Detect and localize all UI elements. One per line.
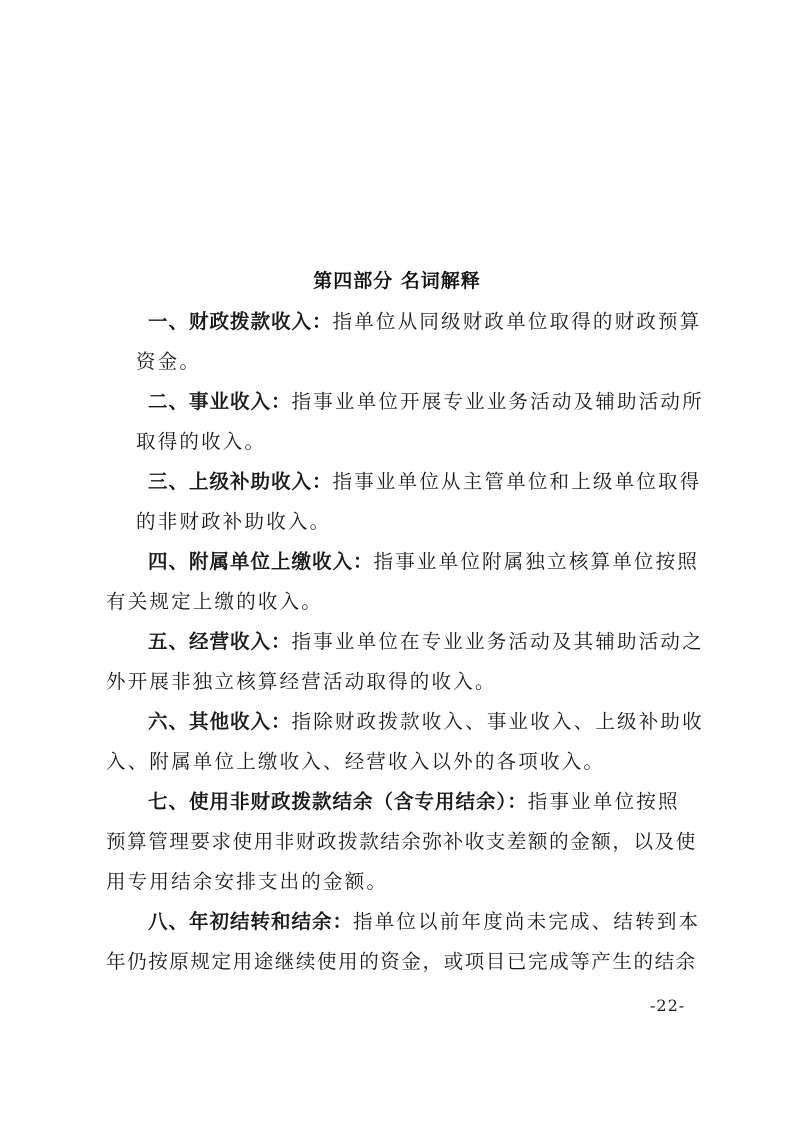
term-5-definition: 指事业单位在专业业务活动及其辅助活动之 — [292, 630, 704, 653]
term-4-line-1: 四、附属单位上缴收入：指事业单位附属独立核算单位按照 — [148, 550, 699, 574]
term-8-line-1: 八、年初结转和结余：指单位以前年度尚未完成、结转到本 — [148, 910, 700, 934]
term-2-line-2: 取得的收入。 — [136, 430, 266, 454]
term-7-line-3: 用专用结余安排支出的金额。 — [106, 870, 388, 894]
term-3-line-1: 三、上级补助收入：指事业单位从主管单位和上级单位取得 — [148, 470, 701, 494]
term-1-line-2: 资金。 — [136, 350, 201, 374]
term-7-label: 七、使用非财政拨款结余（含专用结余）： — [148, 790, 528, 813]
term-2-definition: 指事业单位开展专业业务活动及辅助活动所 — [292, 390, 704, 413]
term-6-label: 六、其他收入： — [148, 710, 292, 733]
term-1-definition: 指单位从同级财政单位取得的财政预算 — [333, 310, 702, 333]
term-6-definition: 指除财政拨款收入、事业收入、上级补助收 — [292, 710, 704, 733]
term-5-line-2: 外开展非独立核算经营活动取得的收入。 — [106, 670, 497, 694]
term-6-line-2: 入、附属单位上缴收入、经营收入以外的各项收入。 — [106, 750, 605, 774]
term-7-definition: 指事业单位按照 — [528, 790, 680, 813]
term-7-line-1: 七、使用非财政拨款结余（含专用结余）：指事业单位按照 — [148, 790, 680, 814]
term-1-label: 一、财政拨款收入： — [148, 310, 333, 333]
term-5-line-1: 五、经营收入：指事业单位在专业业务活动及其辅助活动之 — [148, 630, 704, 654]
term-3-label: 三、上级补助收入： — [148, 470, 333, 493]
term-4-label: 四、附属单位上缴收入： — [148, 550, 374, 573]
term-4-line-2: 有关规定上缴的收入。 — [106, 590, 323, 614]
term-7-line-2: 预算管理要求使用非财政拨款结余弥补收支差额的金额，以及使 — [106, 830, 697, 854]
term-2-line-1: 二、事业收入：指事业单位开展专业业务活动及辅助活动所 — [148, 390, 704, 414]
page-number: -22- — [650, 996, 685, 1015]
term-3-definition: 指事业单位从主管单位和上级单位取得 — [333, 470, 702, 493]
term-8-line-2: 年仍按原规定用途继续使用的资金，或项目已完成等产生的结余 — [106, 950, 697, 974]
term-2-label: 二、事业收入： — [148, 390, 292, 413]
section-title: 第四部分 名词解释 — [0, 266, 794, 293]
term-6-line-1: 六、其他收入：指除财政拨款收入、事业收入、上级补助收 — [148, 710, 704, 734]
term-1-line-1: 一、财政拨款收入：指单位从同级财政单位取得的财政预算 — [148, 310, 701, 334]
term-5-label: 五、经营收入： — [148, 630, 292, 653]
term-3-line-2: 的非财政补助收入。 — [136, 510, 331, 534]
term-4-definition: 指事业单位附属独立核算单位按照 — [374, 550, 700, 573]
term-8-definition: 指单位以前年度尚未完成、结转到本 — [353, 910, 700, 933]
term-8-label: 八、年初结转和结余： — [148, 910, 353, 933]
